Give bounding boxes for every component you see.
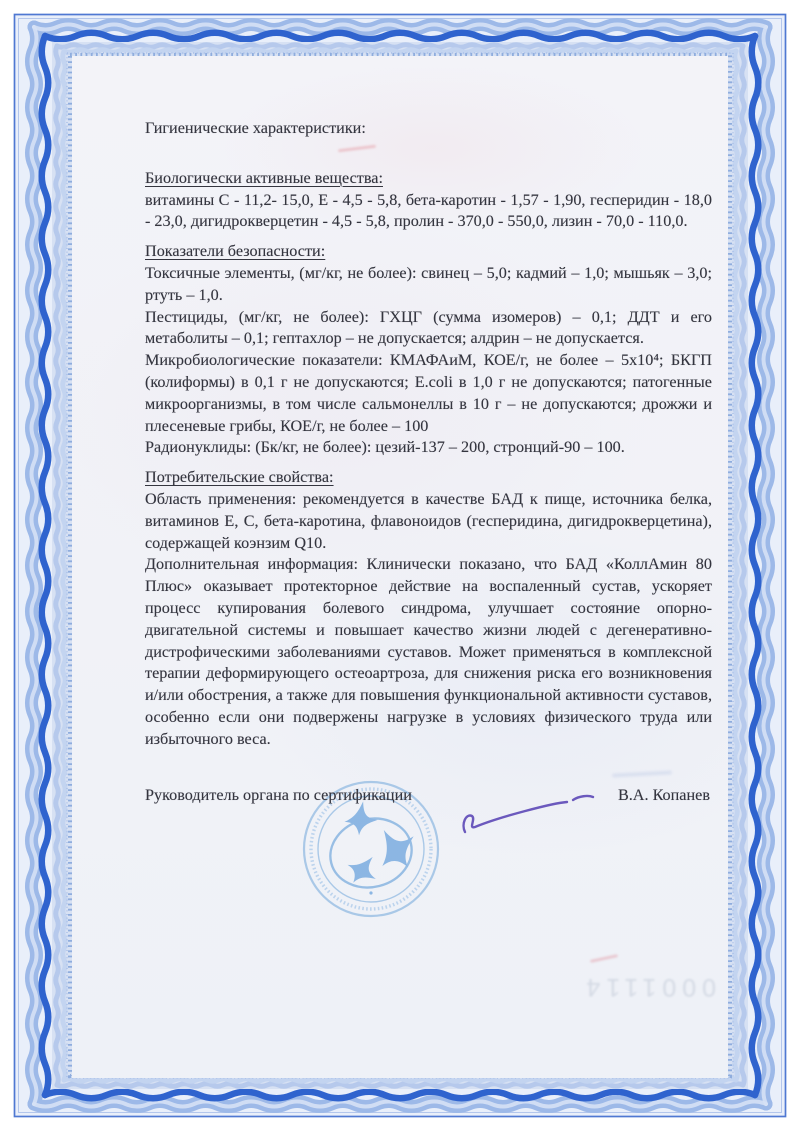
page-title: Гигиенические характеристики: (145, 118, 712, 140)
stamp-bird-icon (341, 799, 425, 893)
signature-row: Руководитель органа по сертификации В.А.… (145, 785, 712, 809)
section-heading: Биологически активные вещества: (145, 168, 712, 190)
paragraph: Радионуклиды: (Бк/кг, не более): цезий-1… (145, 437, 712, 459)
paragraph: Область применения: рекомендуется в каче… (145, 489, 712, 554)
certificate-page: 0001114 Гигиенические характеристики: Би… (0, 0, 800, 1131)
section-heading: Потребительские свойства: (145, 467, 712, 489)
showthrough-number: 0001114 (536, 972, 716, 1001)
paragraph: витамины С - 11,2- 15,0, Е - 4,5 - 5,8, … (145, 190, 712, 234)
certificate-content: Гигиенические характеристики: Биологичес… (145, 118, 712, 809)
paragraph: Токсичные элементы, (мг/кг, не более): с… (145, 263, 712, 307)
sections: Биологически активные вещества: витамины… (145, 168, 712, 751)
paragraph: Микробиологические показатели: КМАФАиМ, … (145, 350, 712, 437)
section-heading: Показатели безопасности: (145, 241, 712, 263)
paragraph: Дополнительная информация: Клинически по… (145, 554, 712, 750)
section: Показатели безопасности: Токсичные элеме… (145, 241, 712, 459)
section: Потребительские свойства: Область примен… (145, 467, 712, 750)
signature-name: В.А. Копанев (618, 785, 710, 807)
section: Биологически активные вещества: витамины… (145, 168, 712, 233)
paragraph: Пестициды, (мг/кг, не более): ГХЦГ (сумм… (145, 307, 712, 351)
signature-role: Руководитель органа по сертификации (145, 786, 412, 804)
